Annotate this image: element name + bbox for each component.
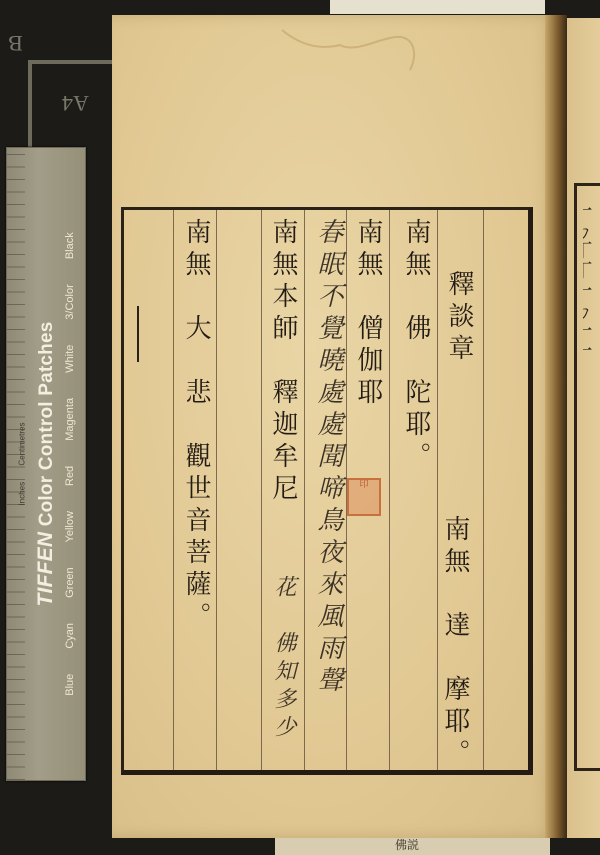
text-column-dharma: 南無 達 摩耶。 — [433, 515, 477, 771]
adjacent-page-text: 一ㄅ丁丁一ㄅ一一 — [583, 200, 600, 740]
bottom-paper-strip: 佛説 — [275, 836, 550, 855]
water-stain — [280, 25, 420, 75]
book-gutter — [545, 15, 567, 838]
patch-label: Black — [64, 232, 76, 259]
phonetic-column-1: 𦊧𦊧𠂇𢡱𦊧 — [396, 214, 440, 374]
bottom-strip-text: 佛説 — [395, 836, 419, 853]
chapter-title: 釋談章 — [437, 270, 481, 366]
background-letter-a4: A4 — [62, 90, 89, 116]
color-control-ruler: Inches Centimetres TIFFEN Color Control … — [6, 147, 86, 781]
ruler-title-text: Color Control Patches — [36, 322, 57, 527]
top-paper-strip — [330, 0, 545, 14]
text-column-4: 南無本師 釋迦牟尼 — [261, 218, 305, 506]
patch-label: White — [64, 345, 76, 373]
patch-label: Blue — [64, 674, 76, 696]
ruler-unit-inches: Inches — [18, 482, 27, 506]
ruler-title: TIFFEN Color Control Patches — [34, 322, 58, 607]
ruler-patch-labels: Blue Cyan Green Yellow Red Magenta White… — [64, 232, 76, 696]
phonetic-column-4: 𦊧𦊧𦊧六𠙽六 — [218, 214, 262, 406]
red-seal-stamp: 印 — [347, 478, 381, 516]
text-column-5: 南無 大 悲 觀世音菩薩。 — [174, 218, 218, 634]
ruler-unit-cm: Centimetres — [18, 423, 27, 466]
text-column-3: 南無 僧伽耶 — [346, 218, 390, 410]
seal-text: 印 — [359, 480, 368, 490]
ruler-units: Inches Centimetres — [18, 423, 27, 506]
patch-label: Magenta — [64, 398, 76, 441]
column-rule — [483, 210, 484, 770]
phonetic-column-3: 𦊧𦊧𣥂 — [308, 214, 352, 310]
background-letter-b: B — [8, 30, 23, 56]
patch-label: Cyan — [64, 623, 76, 649]
patch-label: Red — [64, 466, 76, 486]
handwritten-note: 花 佛知多少 — [261, 575, 305, 743]
fishtail-marker — [127, 306, 139, 362]
patch-label: 3/Color — [64, 284, 76, 319]
ruler-brand: TIFFEN — [34, 532, 57, 607]
patch-label: Green — [64, 567, 76, 598]
patch-label: Yellow — [64, 511, 76, 542]
